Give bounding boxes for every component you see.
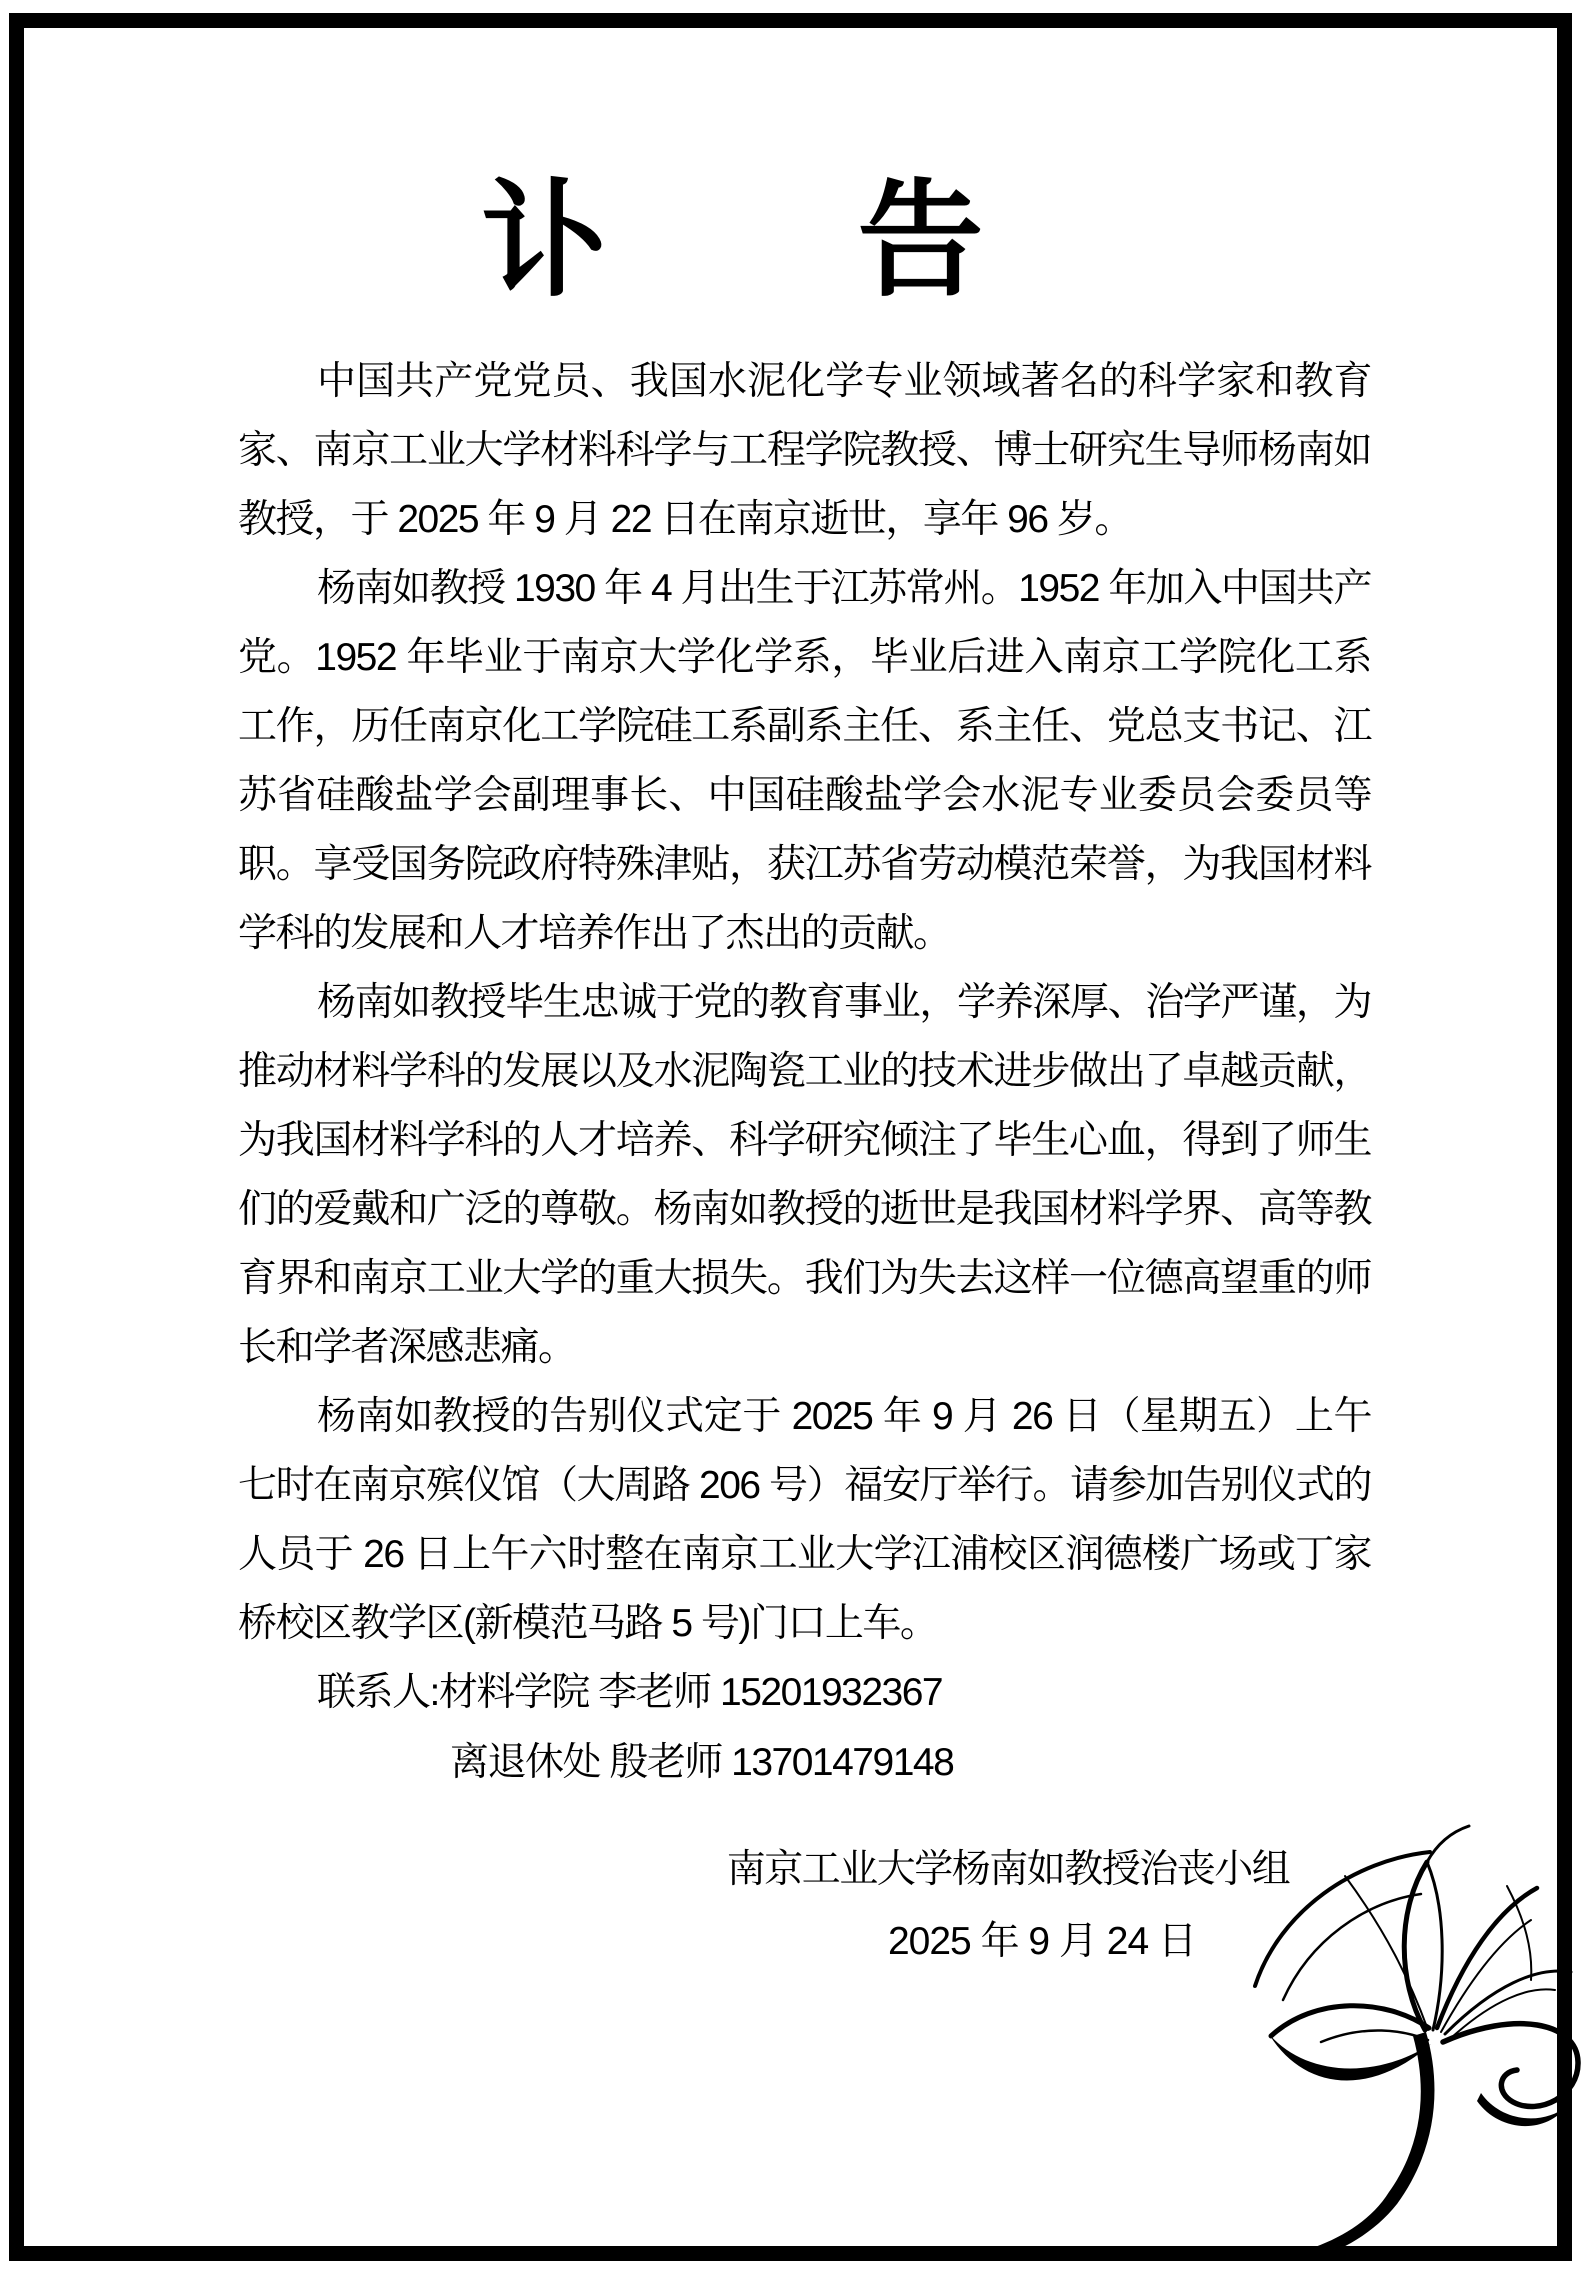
paragraph-death-announcement: 中国共产党党员、我国水泥化学专业领域著名的科学家和教育家、南京工业大学材料科学与… bbox=[238, 347, 1371, 554]
signature-organization: 南京工业大学杨南如教授治丧小组 bbox=[708, 1834, 1308, 1906]
lotus-flower-icon bbox=[1225, 1790, 1585, 2275]
document-title: 讣 告 bbox=[0, 165, 1557, 315]
contact-line-retirement-office: 离退休处 殷老师 13701479148 bbox=[238, 1728, 1371, 1798]
document-body: 中国共产党党员、我国水泥化学专业领域著名的科学家和教育家、南京工业大学材料科学与… bbox=[238, 347, 1371, 1978]
paragraph-ceremony-info: 杨南如教授的告别仪式定于 2025 年 9 月 26 日（星期五）上午七时在南京… bbox=[238, 1382, 1371, 1658]
signature-block: 南京工业大学杨南如教授治丧小组 2025 年 9 月 24 日 bbox=[708, 1834, 1308, 1978]
contact-line-materials-college: 联系人:材料学院 李老师 15201932367 bbox=[238, 1658, 1371, 1728]
obituary-document: 讣 告 中国共产党党员、我国水泥化学专业领域著名的科学家和教育家、南京工业大学材… bbox=[0, 0, 1587, 2275]
paragraph-biography: 杨南如教授 1930 年 4 月出生于江苏常州。1952 年加入中国共产党。19… bbox=[238, 554, 1371, 968]
paragraph-tribute: 杨南如教授毕生忠诚于党的教育事业，学养深厚、治学严谨，为推动材料学科的发展以及水… bbox=[238, 968, 1371, 1382]
